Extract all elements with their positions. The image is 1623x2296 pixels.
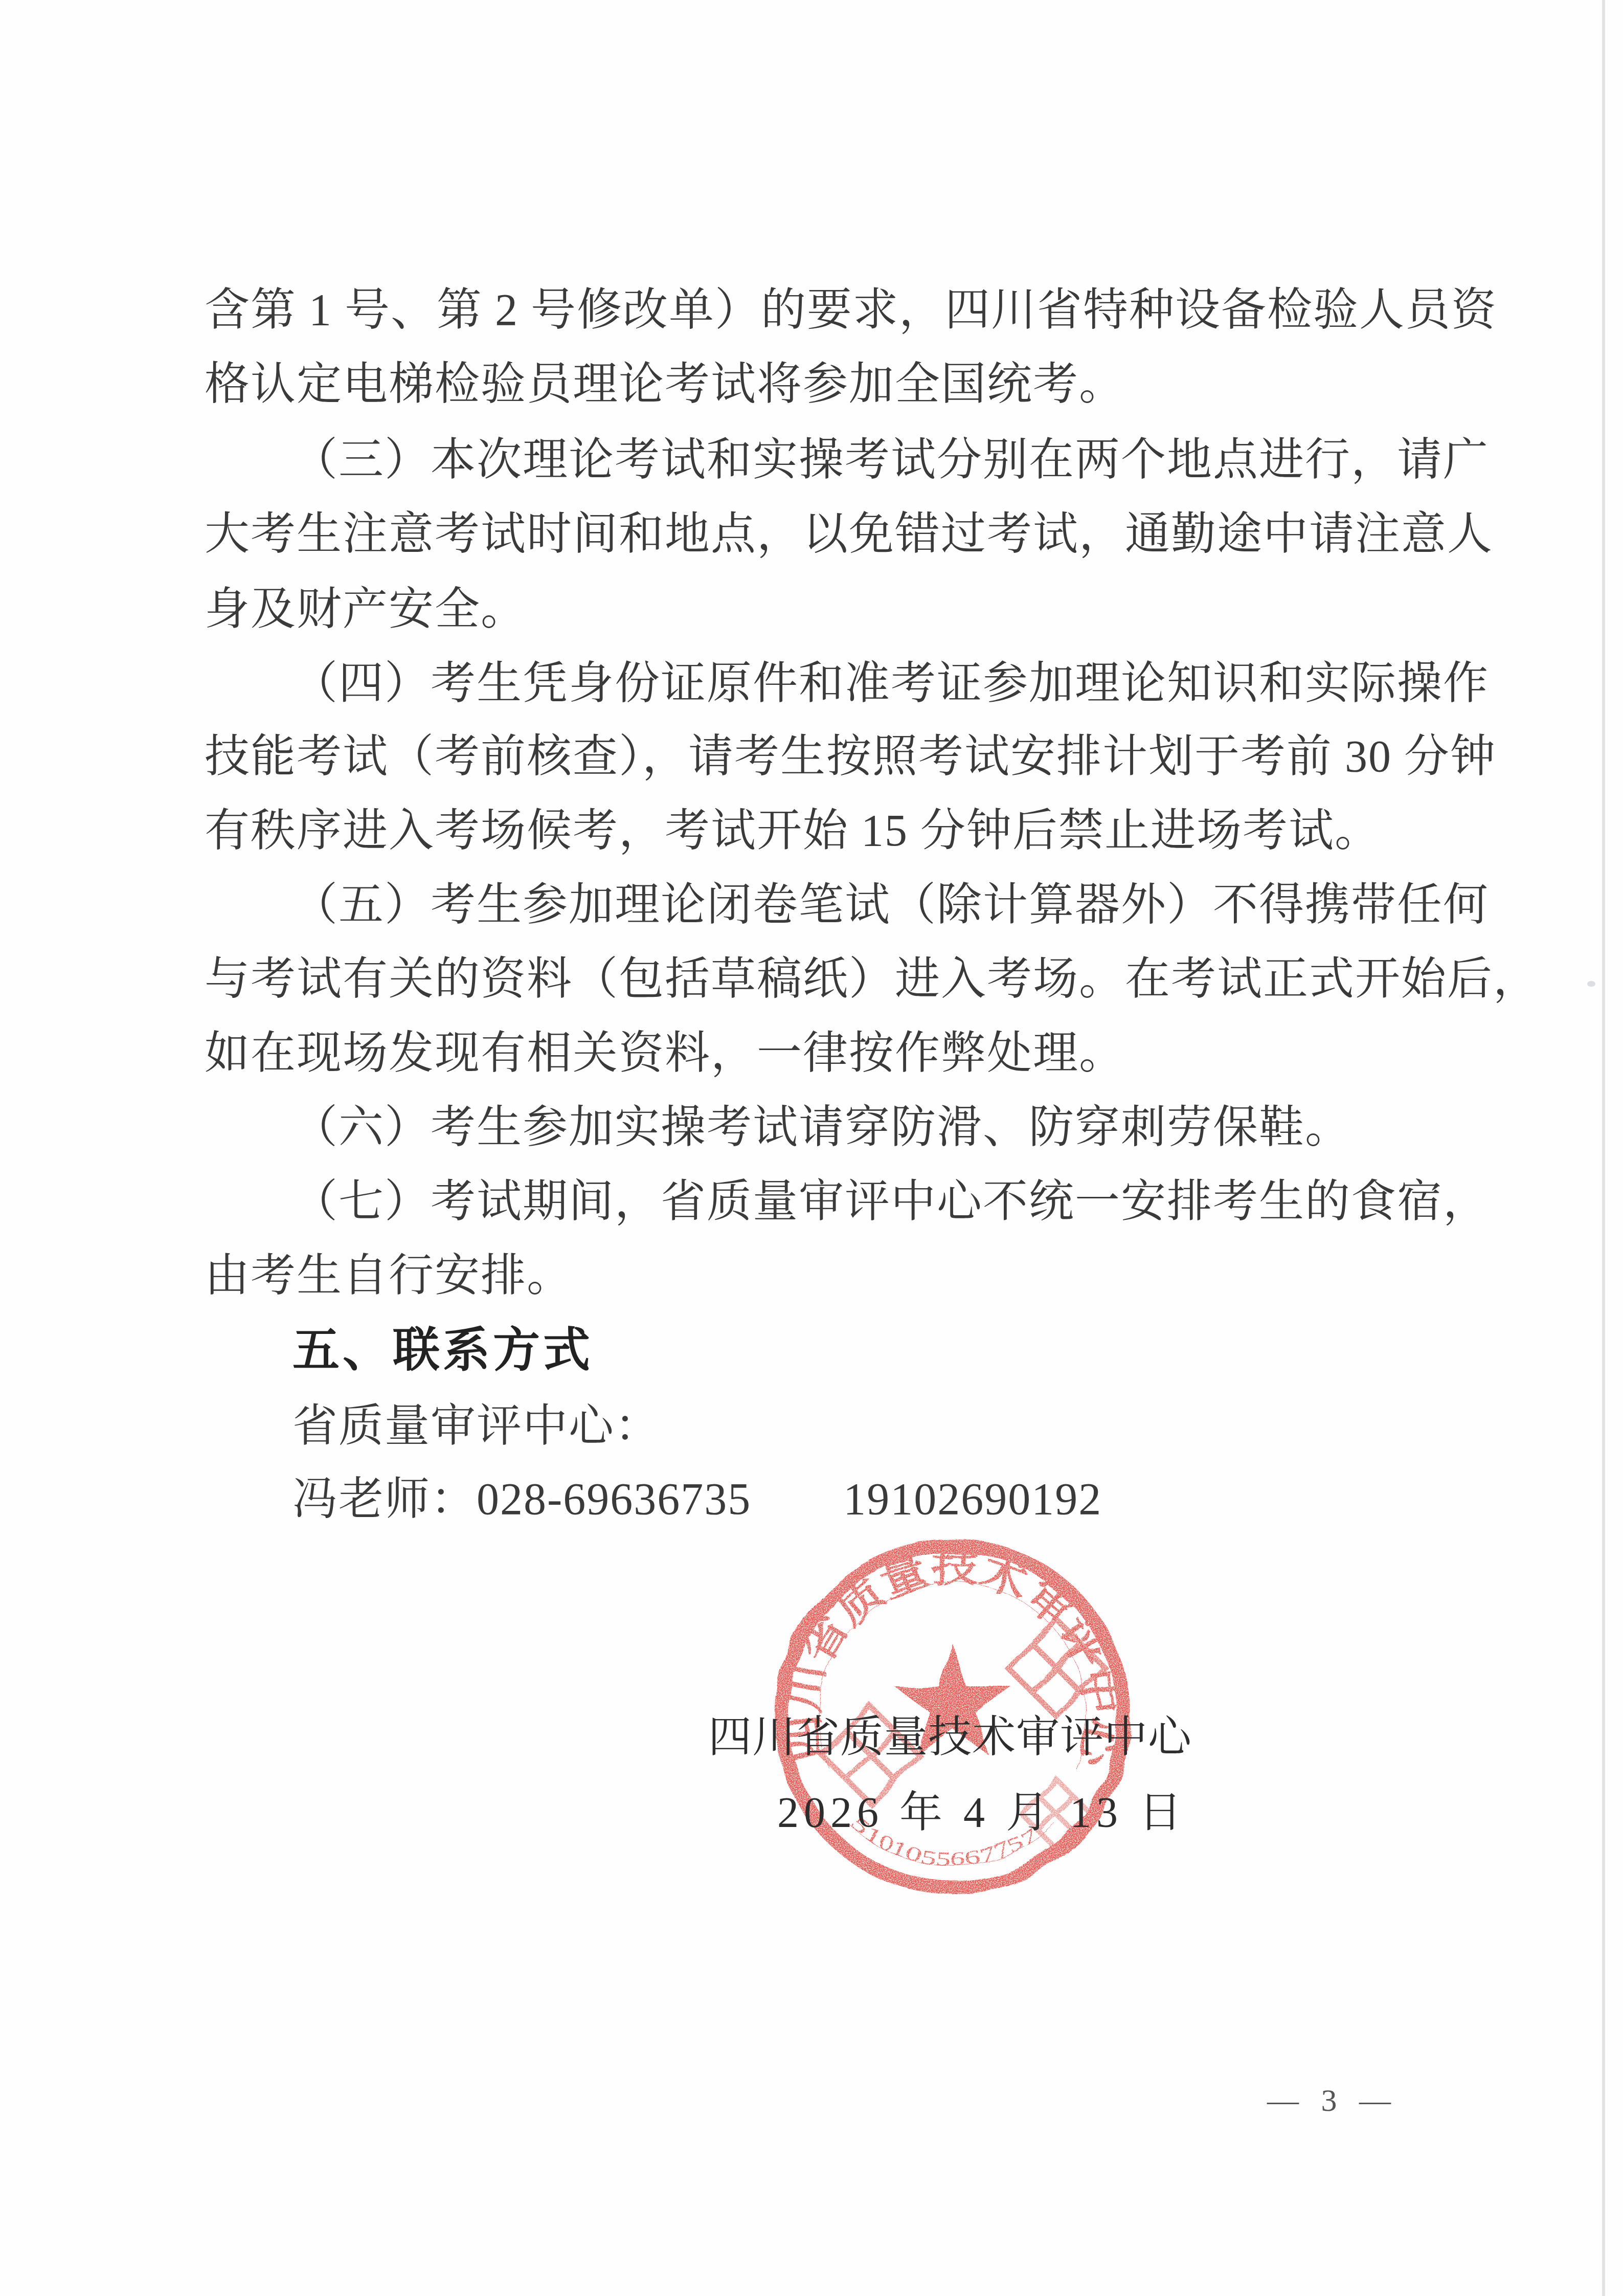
scan-edge-artifact [1602,0,1605,2296]
body-line: 大考生注意考试时间和地点，以免错过考试，通勤途中请注意人 [205,508,1493,561]
body-line: （五）考生参加理论闭卷笔试（除计算器外）不得携带任何 [292,879,1489,932]
body-line: （六）考生参加实操考试请穿防滑、防穿刺劳保鞋。 [292,1101,1351,1154]
body-line: 有秩序进入考场候考，考试开始 15 分钟后禁止进场考试。 [205,805,1381,858]
body-line: （三）本次理论考试和实操考试分别在两个地点进行，请广 [292,434,1489,487]
body-line: （七）考试期间，省质量审评中心不统一安排考生的食宿， [292,1175,1489,1229]
scanned-notice-page: 含第 1 号、第 2 号修改单）的要求，四川省特种设备检验人员资 格认定电梯检验… [0,0,1623,2296]
contact-org-line: 省质量审评中心： [292,1400,661,1453]
body-line: 格认定电梯检验员理论考试将参加全国统考。 [205,358,1125,411]
contact-phone-line: 冯老师：028-69636735 19102690192 [292,1473,1102,1526]
scan-dot-artifact [1587,981,1595,987]
body-line: 与考试有关的资料（包括草稿纸）进入考场。在考试正式开始后， [205,953,1539,1006]
body-line: （四）考生凭身份证原件和准考证参加理论知识和实际操作 [292,657,1489,710]
body-line: 如在现场发现有相关资料，一律按作弊处理。 [205,1027,1125,1080]
signature-date: 2026 年 4 月 13 日 [777,1778,1187,1840]
body-line: 由考生自行安排。 [205,1250,573,1303]
body-line: 含第 1 号、第 2 号修改单）的要求，四川省特种设备检验人员资 [205,284,1497,337]
signature-org: 四川省质量技术审评中心 [708,1702,1192,1765]
page-number: — 3 — [1267,2083,1398,2119]
section-heading: 五、联系方式 [292,1323,593,1378]
body-line: 技能考试（考前核查），请考生按照考试安排计划于考前 30 分钟 [205,730,1496,784]
body-line: 身及财产安全。 [205,583,527,636]
